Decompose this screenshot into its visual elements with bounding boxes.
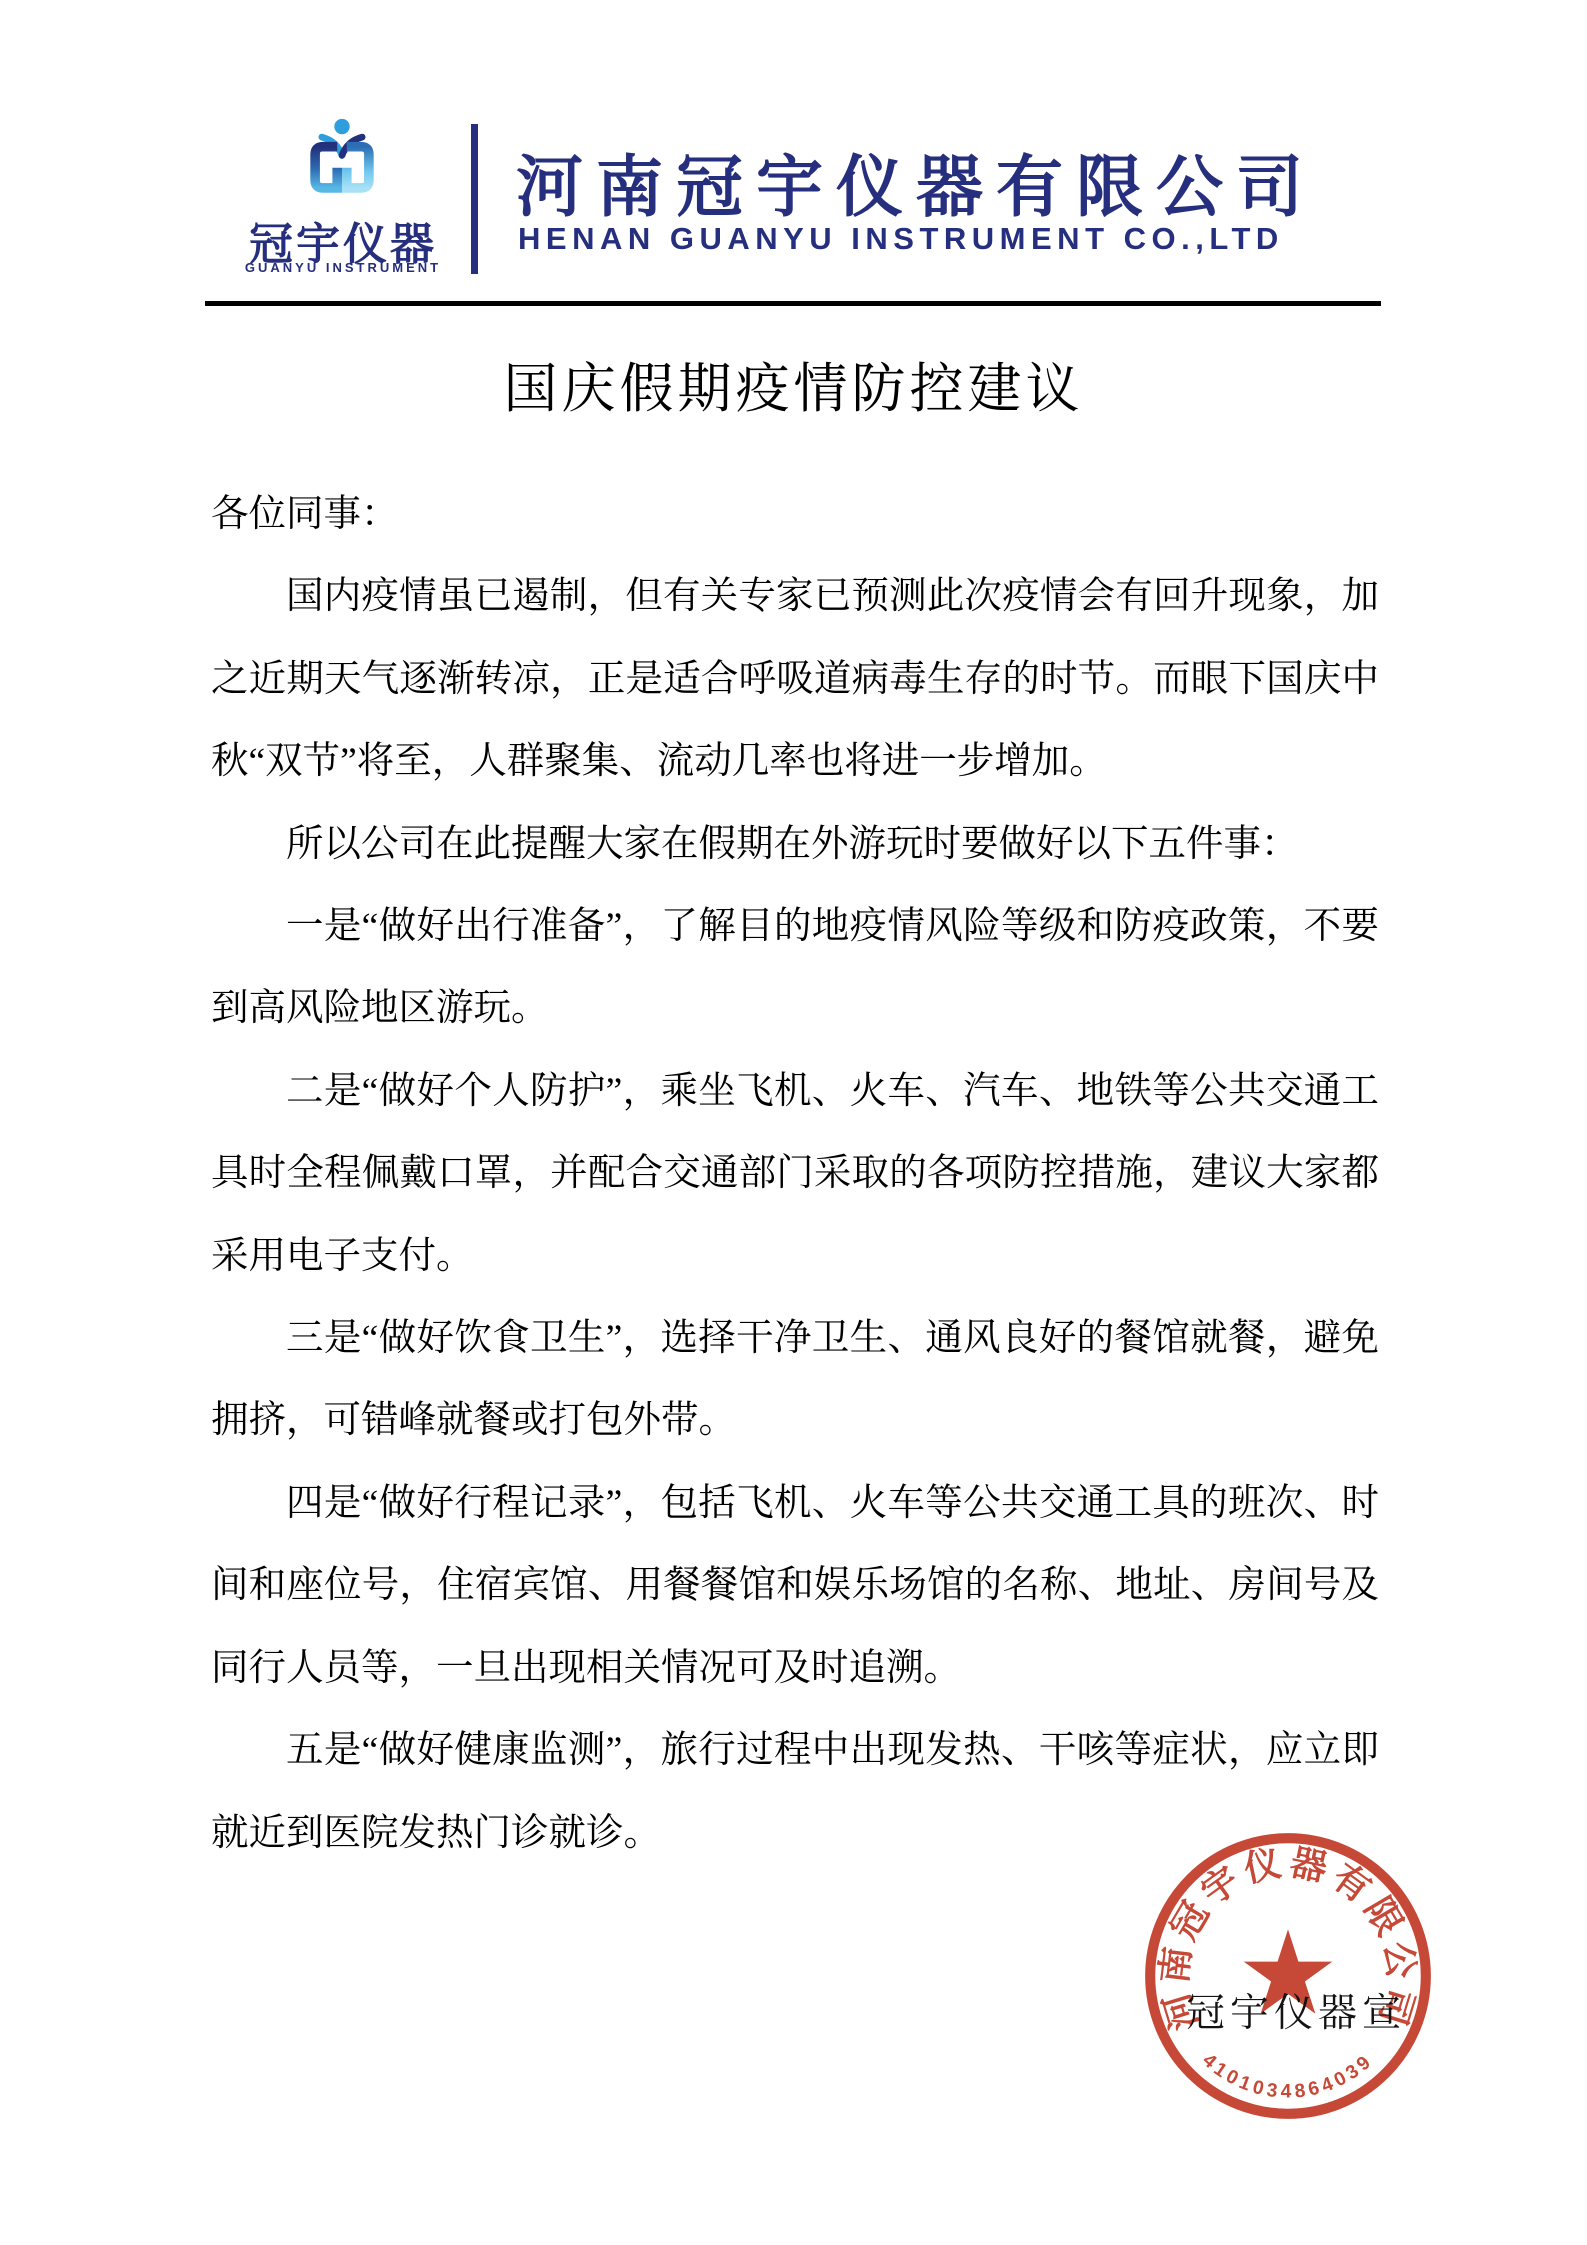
document-body: 各位同事： 国内疫情虽已遏制，但有关专家已预测此次疫情会有回升现象，加之近期天气… bbox=[211, 474, 1379, 1875]
paragraphs-container: 国内疫情虽已遏制，但有关专家已预测此次疫情会有回升现象，加之近期天气逐渐转凉，正… bbox=[211, 556, 1379, 1875]
document-page: 冠宇仪器 GUANYU INSTRUMENT 河南冠宇仪器有限公司 HENAN … bbox=[0, 0, 1587, 2245]
body-paragraph: 国内疫情虽已遏制，但有关专家已预测此次疫情会有回升现象，加之近期天气逐渐转凉，正… bbox=[211, 556, 1379, 803]
salutation: 各位同事： bbox=[211, 474, 1379, 556]
body-paragraph: 所以公司在此提醒大家在假期在外游玩时要做好以下五件事： bbox=[211, 804, 1379, 886]
logo-divider bbox=[471, 124, 478, 274]
body-paragraph: 三是“做好饮食卫生”，选择干净卫生、通风良好的餐馆就餐，避免拥挤，可错峰就餐或打… bbox=[211, 1298, 1379, 1463]
body-paragraph: 四是“做好行程记录”，包括飞机、火车等公共交通工具的班次、时间和座位号，住宿宾馆… bbox=[211, 1463, 1379, 1710]
company-name-en: HENAN GUANYU INSTRUMENT CO.,LTD bbox=[518, 221, 1284, 257]
company-name-cn: 河南冠宇仪器有限公司 bbox=[516, 134, 1316, 230]
document-title: 国庆假期疫情防控建议 bbox=[0, 346, 1587, 423]
guanyu-logo-icon bbox=[294, 114, 390, 212]
issuer-text: 冠宇仪器宣 bbox=[1186, 1982, 1406, 2038]
company-stamp: 河南冠宇仪器有限公司 4101034864039 bbox=[1136, 1824, 1440, 2128]
header-rule bbox=[205, 301, 1381, 306]
logo-text-en: GUANYU INSTRUMENT bbox=[240, 260, 446, 275]
body-paragraph: 一是“做好出行准备”，了解目的地疫情风险等级和防疫政策，不要到高风险地区游玩。 bbox=[211, 886, 1379, 1051]
body-paragraph: 二是“做好个人防护”，乘坐飞机、火车、汽车、地铁等公共交通工具时全程佩戴口罩，并… bbox=[211, 1051, 1379, 1298]
